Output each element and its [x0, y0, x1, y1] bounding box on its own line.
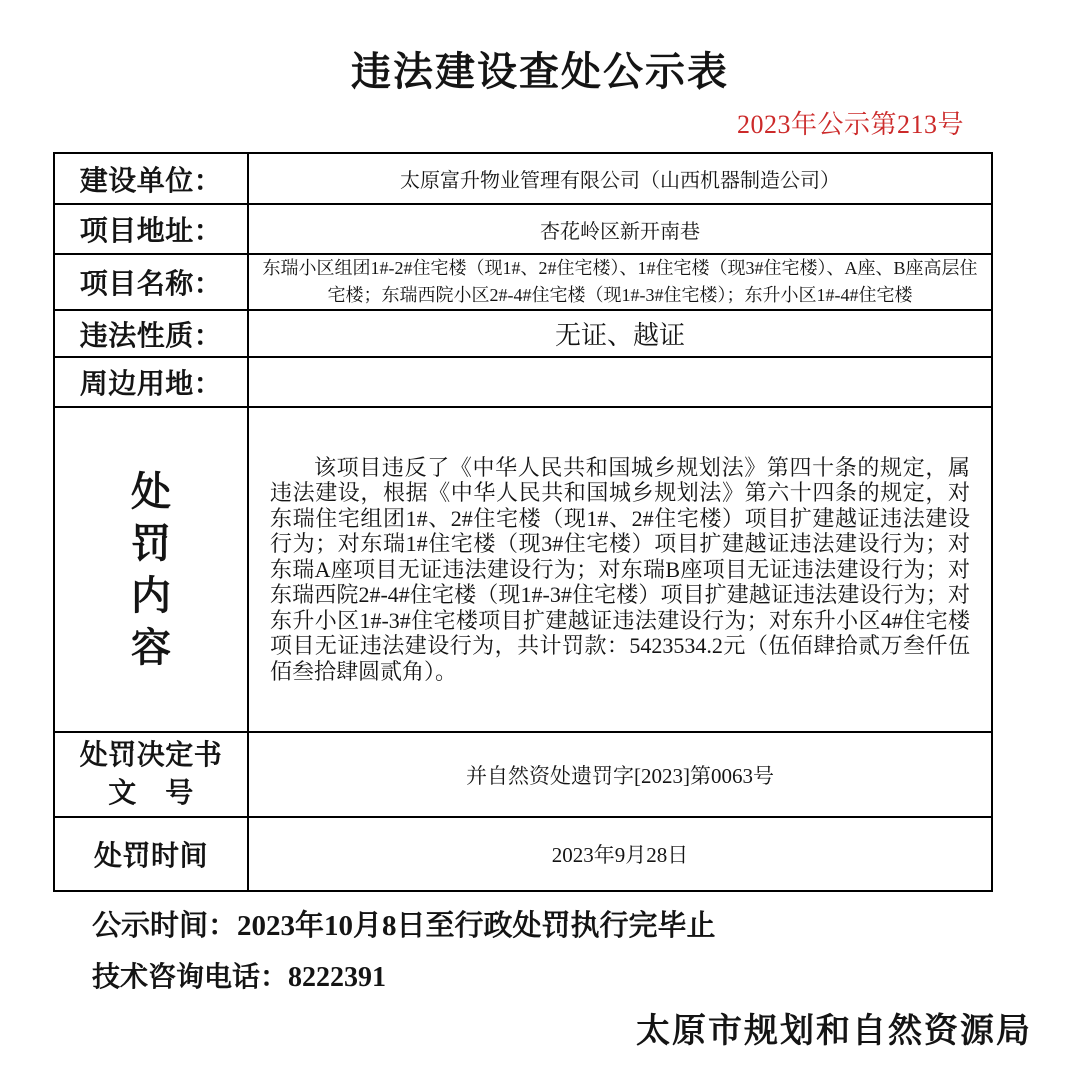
- info-table: 建设单位： 太原富升物业管理有限公司（山西机器制造公司） 项目地址： 杏花岭区新…: [53, 152, 993, 892]
- table-row: 处罚决定书 文 号 并自然资处遗罚字[2023]第0063号: [54, 732, 992, 817]
- penalty-content-label: 处罚内容: [130, 466, 172, 674]
- project-name-value: 东瑞小区组团1#-2#住宅楼（现1#、2#住宅楼）、1#住宅楼（现3#住宅楼）、…: [248, 254, 992, 310]
- project-name-label: 项目名称：: [54, 254, 248, 310]
- surrounding-land-value: [248, 357, 992, 407]
- surrounding-land-label: 周边用地：: [54, 357, 248, 407]
- page-title: 违法建设查处公示表: [0, 40, 1080, 97]
- issuing-agency: 太原市规划和自然资源局: [636, 1003, 1032, 1052]
- table-row: 处罚内容 该项目违反了《中华人民共和国城乡规划法》第四十条的规定，属违法建设，根…: [54, 407, 992, 732]
- violation-nature-value: 无证、越证: [248, 310, 992, 357]
- notice-document: 违法建设查处公示表 2023年公示第213号 建设单位： 太原富升物业管理有限公…: [0, 0, 1080, 1080]
- table-row: 周边用地：: [54, 357, 992, 407]
- penalty-content-value: 该项目违反了《中华人民共和国城乡规划法》第四十条的规定，属违法建设，根据《中华人…: [249, 455, 991, 685]
- table-row: 处罚时间 2023年9月28日: [54, 817, 992, 891]
- decision-doc-number-value: 并自然资处遗罚字[2023]第0063号: [248, 732, 992, 817]
- violation-nature-label: 违法性质：: [54, 310, 248, 357]
- notice-number: 2023年公示第213号: [737, 104, 964, 141]
- project-address-label: 项目地址：: [54, 204, 248, 254]
- project-address-value: 杏花岭区新开南巷: [248, 204, 992, 254]
- table-row: 建设单位： 太原富升物业管理有限公司（山西机器制造公司）: [54, 153, 992, 204]
- decision-doc-number-label: 处罚决定书 文 号: [54, 732, 248, 817]
- penalty-time-value: 2023年9月28日: [248, 817, 992, 891]
- table-row: 违法性质： 无证、越证: [54, 310, 992, 357]
- construction-unit-label: 建设单位：: [54, 153, 248, 204]
- consult-phone-text: 技术咨询电话：8222391: [92, 955, 386, 995]
- construction-unit-value: 太原富升物业管理有限公司（山西机器制造公司）: [248, 153, 992, 204]
- table-row: 项目名称： 东瑞小区组团1#-2#住宅楼（现1#、2#住宅楼）、1#住宅楼（现3…: [54, 254, 992, 310]
- penalty-time-label: 处罚时间: [54, 817, 248, 891]
- table-row: 项目地址： 杏花岭区新开南巷: [54, 204, 992, 254]
- publicity-time-text: 公示时间：2023年10月8日至行政处罚执行完毕止: [92, 903, 716, 944]
